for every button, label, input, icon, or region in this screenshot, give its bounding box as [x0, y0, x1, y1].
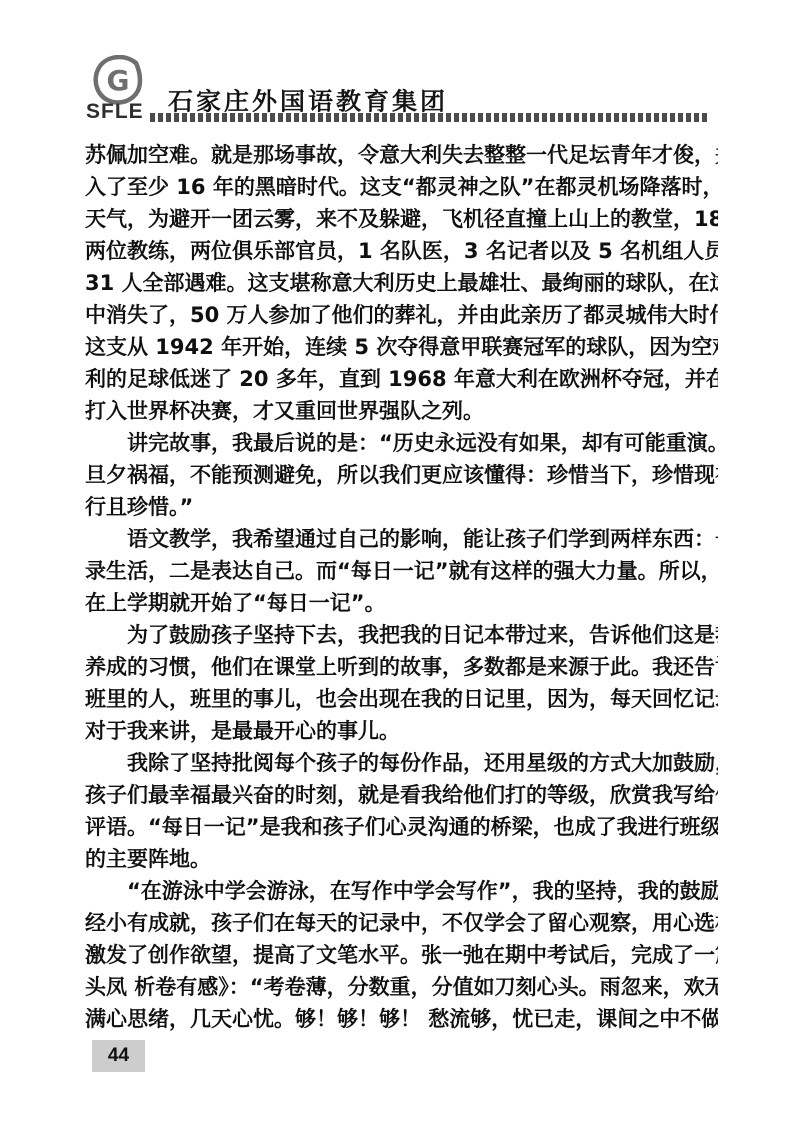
text-line: 这支从 1942 年开始，连续 5 次夺得意甲联赛冠军的球队，因为空难，让意大: [85, 331, 718, 363]
text-line: 头凤 析卷有感》：“考卷薄，分数重，分值如刀刻心头。雨忽来，欢无有。: [85, 971, 718, 1003]
text-line: 孩子们最幸福最兴奋的时刻，就是看我给他们打的等级，欣赏我写给他们的: [85, 779, 718, 811]
header-dotted-rule: [150, 113, 710, 122]
text-line: 入了至少 16 年的黑暗时代。这支“都灵神之队”在都灵机场降落时，因雷雨: [85, 171, 718, 203]
text-line: 旦夕祸福，不能预测避免，所以我们更应该懂得：珍惜当下，珍惜现在，且: [85, 459, 718, 491]
text-line: 的主要阵地。: [85, 843, 718, 875]
text-line: 满心思绪，几天心忧。够！够！够！ 愁流够，忧已走，课间之中不做玩猴。: [85, 1003, 718, 1035]
text-line: 评语。“每日一记”是我和孩子们心灵沟通的桥梁，也成了我进行班级管理: [85, 811, 718, 843]
text-line: 两位教练，两位俱乐部官员，1 名队医，3 名记者以及 5 名机组人员，全机共: [85, 235, 718, 267]
text-line: 语文教学，我希望通过自己的影响，能让孩子们学到两样东西：一是记: [85, 523, 718, 555]
page-number-badge: 44: [92, 1040, 145, 1072]
sfle-droplet-g-logo-icon: G: [90, 55, 146, 105]
text-line: 录生活，二是表达自己。而“每日一记”就有这样的强大力量。所以，我们: [85, 555, 718, 587]
page-body-text: 苏佩加空难。就是那场事故，令意大利失去整整一代足坛青年才俊，并且陷 入了至少 1…: [85, 139, 718, 1035]
book-page: G SFLE 石家庄外国语教育集团 苏佩加空难。就是那场事故，令意大利失去整整一…: [0, 0, 803, 1134]
logo-abbreviation: SFLE: [86, 100, 144, 124]
text-line: 行且珍惜。”: [85, 491, 718, 523]
text-line: 天气，为避开一团云雾，来不及躲避，飞机径直撞上山上的教堂，18 名球员，: [85, 203, 718, 235]
text-line: 打入世界杯决赛，才又重回世界强队之列。: [85, 395, 718, 427]
text-line: 中消失了，50 万人参加了他们的葬礼，并由此亲历了都灵城伟大时代的落幕。: [85, 299, 718, 331]
text-line: 我除了坚持批阅每个孩子的每份作品，还用星级的方式大加鼓励，每天: [85, 747, 718, 779]
text-line: 31 人全部遇难。这支堪称意大利历史上最雄壮、最绚丽的球队，在这次空难: [85, 267, 718, 299]
text-line: 苏佩加空难。就是那场事故，令意大利失去整整一代足坛青年才俊，并且陷: [85, 139, 718, 171]
text-line: 利的足球低迷了 20 多年，直到 1968 年意大利在欧洲杯夺冠，并在两年之后: [85, 363, 718, 395]
svg-text:G: G: [107, 64, 130, 97]
text-line: 经小有成就，孩子们在每天的记录中，不仅学会了留心观察，用心选材，更: [85, 907, 718, 939]
text-line: 班里的人，班里的事儿，也会出现在我的日记里，因为，每天回忆记录他们，: [85, 683, 718, 715]
text-line: 讲完故事，我最后说的是：“历史永远没有如果，却有可能重演。人有: [85, 427, 718, 459]
text-line: 在上学期就开始了“每日一记”。: [85, 587, 718, 619]
page-number: 44: [108, 1045, 129, 1067]
text-line: 对于我来讲，是最最开心的事儿。: [85, 715, 718, 747]
text-line: 为了鼓励孩子坚持下去，我把我的日记本带过来，告诉他们这是我多年: [85, 619, 718, 651]
text-line: “在游泳中学会游泳，在写作中学会写作”，我的坚持，我的鼓励，已: [85, 875, 718, 907]
text-line: 激发了创作欲望，提高了文笔水平。张一弛在期中考试后，完成了一篇《钗: [85, 939, 718, 971]
text-line: 养成的习惯，他们在课堂上听到的故事，多数都是来源于此。我还告诉孩子们，: [85, 651, 718, 683]
